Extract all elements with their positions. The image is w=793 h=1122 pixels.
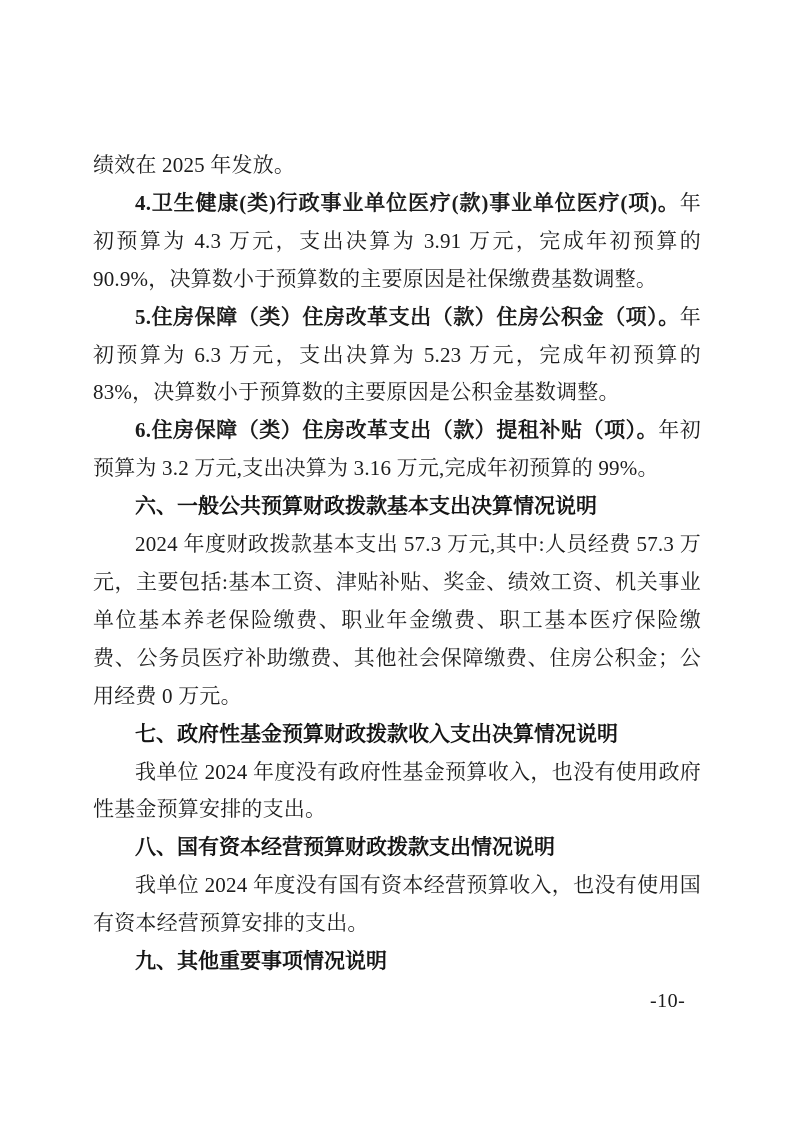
section-6-paragraph: 2024 年度财政拨款基本支出 57.3 万元,其中:人员经费 57.3 万元，… bbox=[93, 526, 701, 716]
section-6-heading: 六、一般公共预算财政拨款基本支出决算情况说明 bbox=[93, 488, 701, 526]
section-9-heading: 九、其他重要事项情况说明 bbox=[93, 943, 701, 981]
document-body: 绩效在 2025 年发放。 4.卫生健康(类)行政事业单位医疗(款)事业单位医疗… bbox=[93, 147, 701, 981]
item-4-title: 4.卫生健康(类)行政事业单位医疗(款)事业单位医疗(项)。 bbox=[135, 191, 680, 215]
section-8-paragraph: 我单位 2024 年度没有国有资本经营预算收入，也没有使用国有资本经营预算安排的… bbox=[93, 867, 701, 943]
paragraph-item-5: 5.住房保障（类）住房改革支出（款）住房公积金（项）。年初预算为 6.3 万元，… bbox=[93, 299, 701, 413]
document-page: 绩效在 2025 年发放。 4.卫生健康(类)行政事业单位医疗(款)事业单位医疗… bbox=[0, 0, 793, 1122]
page-number: -10- bbox=[650, 990, 685, 1013]
section-7-heading: 七、政府性基金预算财政拨款收入支出决算情况说明 bbox=[93, 716, 701, 754]
paragraph-item-6: 6.住房保障（类）住房改革支出（款）提租补贴（项）。年初预算为 3.2 万元,支… bbox=[93, 412, 701, 488]
item-6-title: 6.住房保障（类）住房改革支出（款）提租补贴（项）。 bbox=[135, 418, 658, 442]
section-8-heading: 八、国有资本经营预算财政拨款支出情况说明 bbox=[93, 829, 701, 867]
section-7-paragraph: 我单位 2024 年度没有政府性基金预算收入，也没有使用政府性基金预算安排的支出… bbox=[93, 754, 701, 830]
paragraph-item-4: 4.卫生健康(类)行政事业单位医疗(款)事业单位医疗(项)。年初预算为 4.3 … bbox=[93, 185, 701, 299]
paragraph-continuation: 绩效在 2025 年发放。 bbox=[93, 147, 701, 185]
item-5-title: 5.住房保障（类）住房改革支出（款）住房公积金（项）。 bbox=[135, 305, 680, 329]
